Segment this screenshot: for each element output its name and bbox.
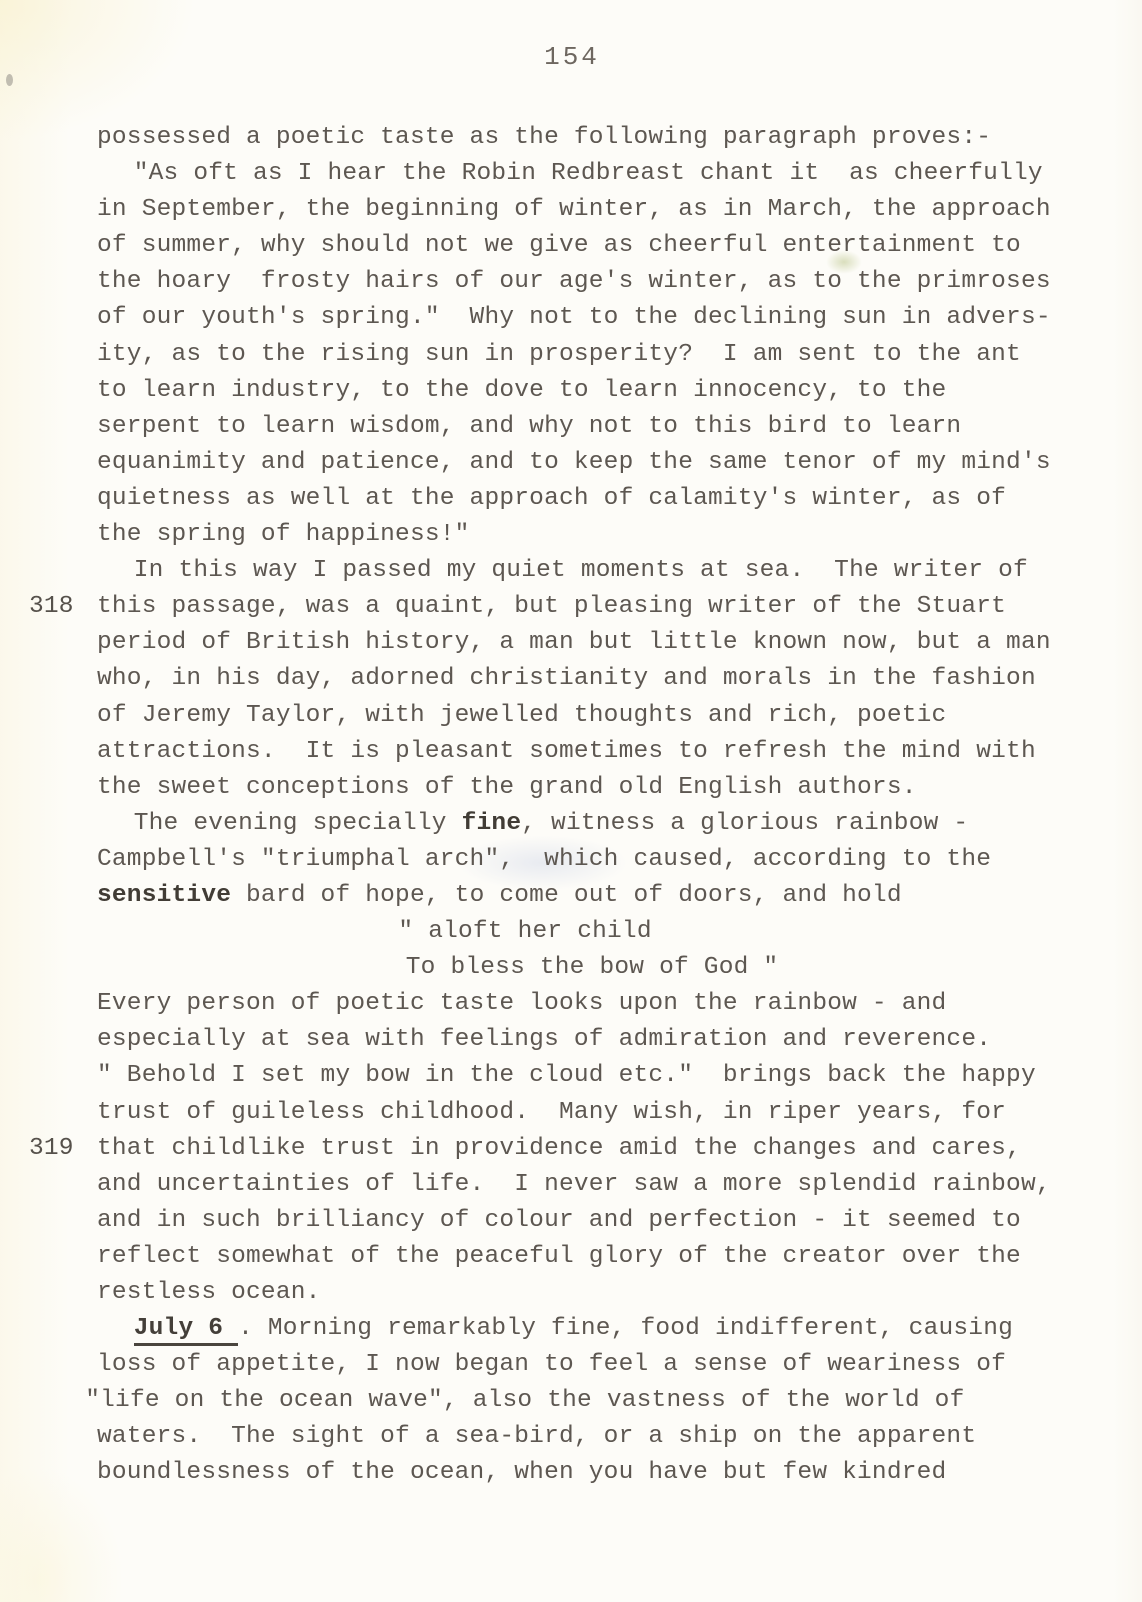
text-run: of summer, why should not we give as che… — [97, 232, 1021, 259]
text-line: boundlessness of the ocean, when you hav… — [97, 1455, 1107, 1491]
text-run: " aloft her child — [398, 918, 651, 945]
text-line: who, in his day, adorned christianity an… — [97, 661, 1107, 697]
text-line: waters. The sight of a sea-bird, or a sh… — [97, 1419, 1107, 1455]
text-run: and uncertainties of life. I never saw a… — [97, 1171, 1051, 1198]
text-run: , witness a glorious rainbow - — [521, 810, 968, 837]
text-line: " aloft her child — [398, 914, 1107, 950]
text-line: 319that childlike trust in providence am… — [97, 1131, 1107, 1167]
page-number: 154 — [97, 42, 1047, 72]
text-line: and in such brilliancy of colour and per… — [97, 1203, 1107, 1239]
text-run: in September, the beginning of winter, a… — [97, 196, 1051, 223]
text-line: reflect somewhat of the peaceful glory o… — [97, 1239, 1107, 1275]
text-run: the spring of happiness!" — [97, 521, 470, 548]
text-run: who, in his day, adorned christianity an… — [97, 665, 1036, 692]
text-line: quietness as well at the approach of cal… — [97, 481, 1107, 517]
text-run: The evening specially — [134, 810, 462, 837]
text-line: "As oft as I hear the Robin Redbreast ch… — [134, 156, 1107, 192]
text-line: 318this passage, was a quaint, but pleas… — [97, 589, 1107, 625]
text-run: To bless the bow of God " — [406, 954, 779, 981]
text-line: and uncertainties of life. I never saw a… — [97, 1167, 1107, 1203]
text-run: equanimity and patience, and to keep the… — [97, 449, 1051, 476]
text-line: period of British history, a man but lit… — [97, 625, 1107, 661]
margin-note: 319 — [29, 1131, 74, 1167]
text-run: serpent to learn wisdom, and why not to … — [97, 413, 961, 440]
text-line: restless ocean. — [97, 1275, 1107, 1311]
text-run: period of British history, a man but lit… — [97, 629, 1051, 656]
text-line: of our youth's spring." Why not to the d… — [97, 300, 1107, 336]
text-line: trust of guileless childhood. Many wish,… — [97, 1095, 1107, 1131]
scanned-page: 154 possessed a poetic taste as the foll… — [0, 0, 1142, 1602]
text-run: especially at sea with feelings of admir… — [97, 1026, 991, 1053]
text-run: reflect somewhat of the peaceful glory o… — [97, 1243, 1021, 1270]
text-line: the spring of happiness!" — [97, 517, 1107, 553]
text-run: "As oft as I hear the Robin Redbreast ch… — [134, 160, 1043, 187]
scan-speck — [6, 74, 13, 86]
text-run: the sweet conceptions of the grand old E… — [97, 774, 917, 801]
text-line: serpent to learn wisdom, and why not to … — [97, 409, 1107, 445]
text-line: possessed a poetic taste as the followin… — [97, 120, 1107, 156]
text-run: possessed a poetic taste as the followin… — [97, 124, 991, 151]
text-run: bard of hope, to come out of doors, and … — [231, 882, 902, 909]
text-line: to learn industry, to the dove to learn … — [97, 373, 1107, 409]
text-run: that childlike trust in providence amid … — [97, 1135, 1021, 1162]
margin-note: 318 — [29, 589, 74, 625]
text-run: the hoary frosty hairs of our age's wint… — [97, 268, 1051, 295]
text-run: boundlessness of the ocean, when you hav… — [97, 1459, 946, 1486]
text-run: of Jeremy Taylor, with jewelled thoughts… — [97, 702, 946, 729]
text-line: "life on the ocean wave", also the vastn… — [85, 1383, 1107, 1419]
text-line: loss of appetite, I now began to feel a … — [97, 1347, 1107, 1383]
text-run: ity, as to the rising sun in prosperity?… — [97, 341, 1021, 368]
text-run: waters. The sight of a sea-bird, or a sh… — [97, 1423, 976, 1450]
text-run: Campbell's "triumphal arch", which cause… — [97, 846, 991, 873]
text-line: July 6 . Morning remarkably fine, food i… — [134, 1311, 1107, 1347]
text-run: loss of appetite, I now began to feel a … — [97, 1351, 1006, 1378]
text-line: equanimity and patience, and to keep the… — [97, 445, 1107, 481]
text-run: "life on the ocean wave", also the vastn… — [85, 1387, 964, 1414]
underlined-text: July 6 — [134, 1315, 238, 1346]
text-run: In this way I passed my quiet moments at… — [134, 557, 1028, 584]
overtyped-text: fine — [462, 810, 522, 837]
text-run: of our youth's spring." Why not to the d… — [97, 304, 1051, 331]
text-line: To bless the bow of God " — [406, 950, 1107, 986]
text-run: quietness as well at the approach of cal… — [97, 485, 1006, 512]
text-line: Campbell's "triumphal arch", which cause… — [97, 842, 1107, 878]
text-line: of Jeremy Taylor, with jewelled thoughts… — [97, 698, 1107, 734]
text-line: attractions. It is pleasant sometimes to… — [97, 734, 1107, 770]
text-line: Every person of poetic taste looks upon … — [97, 986, 1107, 1022]
text-run: " Behold I set my bow in the cloud etc."… — [97, 1062, 1036, 1089]
text-line: of summer, why should not we give as che… — [97, 228, 1107, 264]
text-run: and in such brilliancy of colour and per… — [97, 1207, 1021, 1234]
text-column: possessed a poetic taste as the followin… — [97, 120, 1107, 1492]
text-line: especially at sea with feelings of admir… — [97, 1022, 1107, 1058]
text-run: . Morning remarkably fine, food indiffer… — [238, 1315, 1013, 1342]
text-run: trust of guileless childhood. Many wish,… — [97, 1099, 1006, 1126]
text-line: ity, as to the rising sun in prosperity?… — [97, 337, 1107, 373]
text-run: this passage, was a quaint, but pleasing… — [97, 593, 1006, 620]
text-line: the hoary frosty hairs of our age's wint… — [97, 264, 1107, 300]
text-line: " Behold I set my bow in the cloud etc."… — [97, 1058, 1107, 1094]
text-line: The evening specially fine, witness a gl… — [134, 806, 1107, 842]
text-run: Every person of poetic taste looks upon … — [97, 990, 946, 1017]
text-run: attractions. It is pleasant sometimes to… — [97, 738, 1036, 765]
text-line: the sweet conceptions of the grand old E… — [97, 770, 1107, 806]
text-line: sensitive bard of hope, to come out of d… — [97, 878, 1107, 914]
text-line: in September, the beginning of winter, a… — [97, 192, 1107, 228]
overtyped-text: sensitive — [97, 882, 231, 909]
text-run: to learn industry, to the dove to learn … — [97, 377, 946, 404]
text-line: In this way I passed my quiet moments at… — [134, 553, 1107, 589]
text-run: restless ocean. — [97, 1279, 321, 1306]
